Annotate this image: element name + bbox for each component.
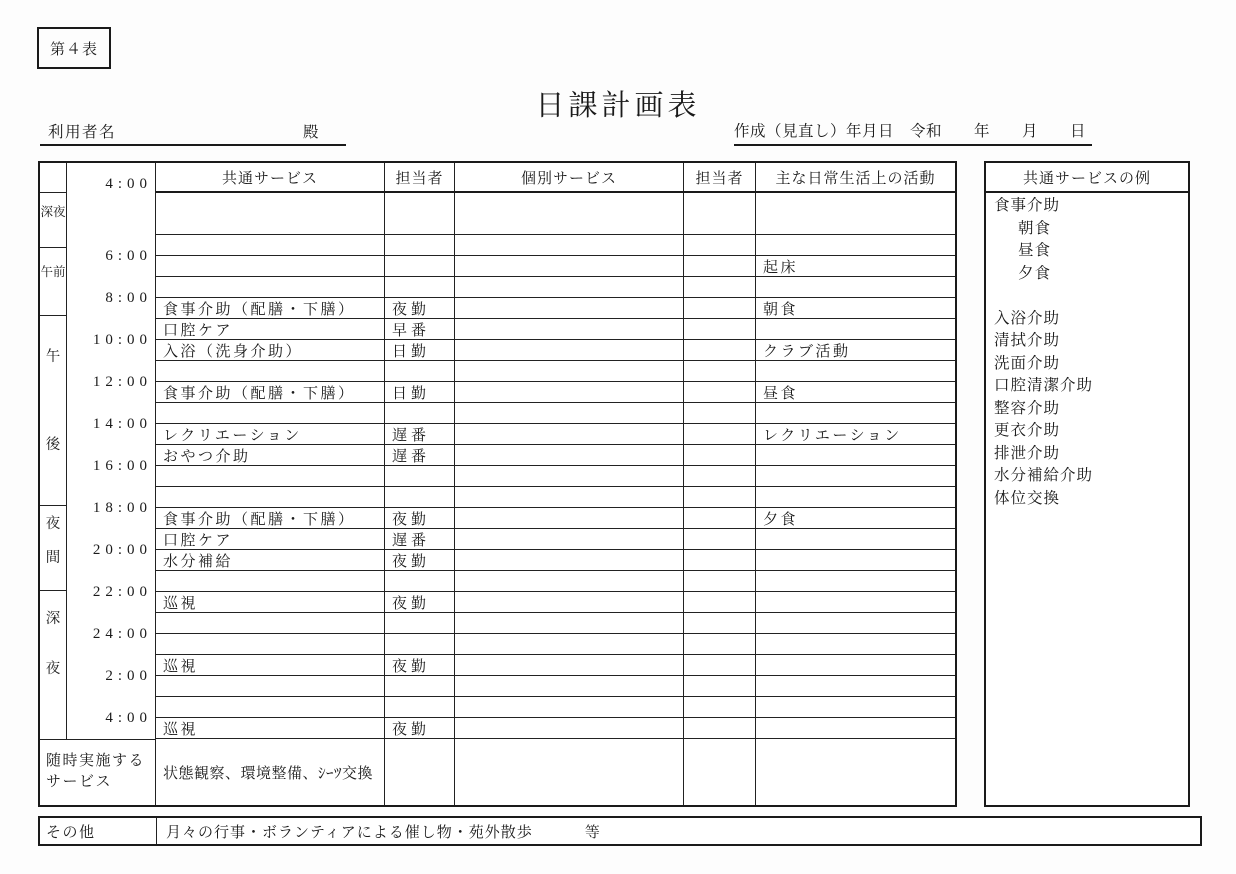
staff-cell-2: [684, 403, 756, 423]
individual-service-cell: [455, 277, 684, 297]
activity-cell: [756, 571, 955, 591]
individual-service-cell: [455, 256, 684, 276]
date-line: 作成（見直し）年月日 令和 年 月 日: [734, 119, 1092, 146]
schedule-row: 入浴（洗身介助）日勤クラブ活動: [156, 340, 955, 361]
staff-cell: [385, 676, 455, 696]
schedule-row: 水分補給夜勤: [156, 550, 955, 571]
example-item: 食事介助: [994, 195, 1188, 218]
schedule-grid: 共通サービス 担当者 個別サービス 担当者 主な日常生活上の活動 起床食事介助（…: [156, 163, 955, 805]
activity-cell: [756, 550, 955, 570]
example-item: 更衣介助: [994, 420, 1188, 443]
staff-cell-2: [684, 340, 756, 360]
anytime-activity-cell: [756, 739, 955, 805]
staff-cell: [385, 634, 455, 654]
period-label: 後: [40, 436, 66, 454]
individual-service-cell: [455, 361, 684, 381]
common-service-cell: [156, 193, 385, 234]
staff-cell-2: [684, 277, 756, 297]
activity-cell: [756, 487, 955, 507]
individual-service-cell: [455, 571, 684, 591]
period-label: 午: [40, 348, 66, 366]
activity-cell: レクリエーション: [756, 424, 955, 444]
period-separator: [40, 590, 66, 591]
staff-cell-2: [684, 718, 756, 738]
staff-cell-2: [684, 382, 756, 402]
activity-cell: [756, 613, 955, 633]
individual-service-cell: [455, 550, 684, 570]
staff-cell-2: [684, 319, 756, 339]
user-name-line: 利用者名 殿: [40, 122, 346, 146]
time-label: 14:00: [67, 415, 152, 434]
example-item: 整容介助: [994, 398, 1188, 421]
example-item: 夕食: [994, 263, 1188, 286]
staff-cell-2: [684, 487, 756, 507]
staff-cell: [385, 487, 455, 507]
staff-cell: 早番: [385, 319, 455, 339]
individual-service-cell: [455, 235, 684, 255]
individual-service-cell: [455, 319, 684, 339]
anytime-label-line2: サービス: [46, 772, 155, 793]
common-service-cell: [156, 676, 385, 696]
time-label: 4:00: [67, 175, 152, 194]
activity-cell: クラブ活動: [756, 340, 955, 360]
individual-service-cell: [455, 613, 684, 633]
individual-service-cell: [455, 676, 684, 696]
activity-cell: [756, 655, 955, 675]
staff-cell-2: [684, 445, 756, 465]
period-separator: [40, 505, 66, 506]
period-label: 夜: [40, 515, 66, 533]
common-service-cell: 水分補給: [156, 550, 385, 570]
individual-service-cell: [455, 697, 684, 717]
schedule-row: [156, 697, 955, 718]
individual-service-cell: [455, 193, 684, 234]
anytime-staff-cell: [385, 739, 455, 805]
period-separator: [40, 192, 66, 193]
schedule-row: [156, 235, 955, 256]
time-label: 24:00: [67, 625, 152, 644]
staff-cell: [385, 571, 455, 591]
common-service-cell: 口腔ケア: [156, 529, 385, 549]
time-label: 20:00: [67, 541, 152, 560]
schedule-row: レクリエーション遅番レクリエーション: [156, 424, 955, 445]
staff-cell: 夜勤: [385, 298, 455, 318]
common-service-cell: [156, 256, 385, 276]
time-column: 4:006:008:0010:0012:0014:0016:0018:0020:…: [67, 163, 156, 739]
other-row: その他 月々の行事・ボランティアによる催し物・苑外散歩 等: [38, 816, 1202, 846]
anytime-staff-cell-2: [684, 739, 756, 805]
schedule-row: 巡視夜勤: [156, 718, 955, 739]
user-name-suffix: 殿: [303, 120, 346, 142]
common-service-cell: [156, 235, 385, 255]
other-content: 月々の行事・ボランティアによる催し物・苑外散歩 等: [157, 818, 1200, 844]
individual-service-cell: [455, 487, 684, 507]
common-service-cell: 食事介助（配膳・下膳）: [156, 382, 385, 402]
user-name-label: 利用者名: [40, 120, 116, 142]
example-item: 朝食: [994, 218, 1188, 241]
common-service-cell: [156, 466, 385, 486]
schedule-row: 口腔ケア遅番: [156, 529, 955, 550]
schedule-row: [156, 634, 955, 655]
schedule-row: [156, 361, 955, 382]
schedule-row: [156, 613, 955, 634]
activity-cell: 起床: [756, 256, 955, 276]
individual-service-cell: [455, 445, 684, 465]
examples-list: 食事介助朝食昼食夕食 入浴介助清拭介助洗面介助口腔清潔介助整容介助更衣介助排泄介…: [986, 193, 1188, 510]
other-label: その他: [40, 818, 157, 844]
activity-cell: [756, 445, 955, 465]
example-item: 口腔清潔介助: [994, 375, 1188, 398]
anytime-service-row: 状態観察、環境整備、ｼｰﾂ交換: [156, 739, 955, 805]
header-daily-activity: 主な日常生活上の活動: [756, 163, 955, 191]
activity-cell: [756, 235, 955, 255]
staff-cell: [385, 235, 455, 255]
common-service-cell: [156, 403, 385, 423]
schedule-row: [156, 571, 955, 592]
common-service-cell: おやつ介助: [156, 445, 385, 465]
activity-cell: [756, 592, 955, 612]
staff-cell-2: [684, 424, 756, 444]
activity-cell: [756, 529, 955, 549]
staff-cell: [385, 193, 455, 234]
individual-service-cell: [455, 592, 684, 612]
staff-cell: [385, 361, 455, 381]
individual-service-cell: [455, 466, 684, 486]
staff-cell: [385, 403, 455, 423]
other-content-text: 月々の行事・ボランティアによる催し物・苑外散歩: [166, 821, 533, 842]
activity-cell: [756, 319, 955, 339]
anytime-service-cell: 状態観察、環境整備、ｼｰﾂ交換: [156, 739, 385, 805]
common-service-examples-box: 共通サービスの例 食事介助朝食昼食夕食 入浴介助清拭介助洗面介助口腔清潔介助整容…: [984, 161, 1190, 807]
example-item: 体位交換: [994, 488, 1188, 511]
example-item: 排泄介助: [994, 443, 1188, 466]
activity-cell: [756, 634, 955, 654]
common-service-cell: [156, 613, 385, 633]
activity-cell: 昼食: [756, 382, 955, 402]
period-label: 夜: [40, 660, 66, 678]
period-label: 深夜: [40, 203, 66, 221]
staff-cell-2: [684, 655, 756, 675]
staff-cell: [385, 256, 455, 276]
time-label: 12:00: [67, 373, 152, 392]
anytime-label-line1: 随時実施する: [46, 751, 155, 772]
staff-cell: 夜勤: [385, 550, 455, 570]
activity-cell: 夕食: [756, 508, 955, 528]
example-item: 洗面介助: [994, 353, 1188, 376]
activity-cell: 朝食: [756, 298, 955, 318]
form-number-box: 第４表: [37, 27, 111, 69]
staff-cell-2: [684, 634, 756, 654]
schedule-row: 食事介助（配膳・下膳）夜勤朝食: [156, 298, 955, 319]
staff-cell: 夜勤: [385, 592, 455, 612]
staff-cell: [385, 613, 455, 633]
staff-cell-2: [684, 508, 756, 528]
common-service-cell: [156, 361, 385, 381]
schedule-row: [156, 487, 955, 508]
staff-cell-2: [684, 298, 756, 318]
example-item: [994, 285, 1188, 308]
individual-service-cell: [455, 340, 684, 360]
period-separator: [40, 315, 66, 316]
common-service-cell: [156, 634, 385, 654]
individual-service-cell: [455, 718, 684, 738]
example-item: 清拭介助: [994, 330, 1188, 353]
schedule-row: [156, 676, 955, 697]
form-number: 第４表: [50, 38, 98, 59]
page-title: 日課計画表: [0, 83, 1236, 124]
examples-title: 共通サービスの例: [986, 163, 1188, 193]
common-service-cell: [156, 697, 385, 717]
staff-cell: [385, 277, 455, 297]
schedule-row: 食事介助（配膳・下膳）日勤昼食: [156, 382, 955, 403]
individual-service-cell: [455, 424, 684, 444]
staff-cell-2: [684, 697, 756, 717]
individual-service-cell: [455, 382, 684, 402]
time-label: 22:00: [67, 583, 152, 602]
anytime-individual-cell: [455, 739, 684, 805]
staff-cell: [385, 466, 455, 486]
common-service-cell: 巡視: [156, 718, 385, 738]
staff-cell: 遅番: [385, 424, 455, 444]
staff-cell: 夜勤: [385, 718, 455, 738]
schedule-row: 巡視夜勤: [156, 655, 955, 676]
individual-service-cell: [455, 508, 684, 528]
staff-cell-2: [684, 361, 756, 381]
schedule-row: [156, 403, 955, 424]
period-separator: [40, 247, 66, 248]
header-staff-1: 担当者: [385, 163, 455, 191]
activity-cell: [756, 466, 955, 486]
period-label: 間: [40, 549, 66, 567]
common-service-cell: 食事介助（配膳・下膳）: [156, 508, 385, 528]
activity-cell: [756, 697, 955, 717]
activity-cell: [756, 277, 955, 297]
header-common-service: 共通サービス: [156, 163, 385, 191]
schedule-row: 巡視夜勤: [156, 592, 955, 613]
time-label: 16:00: [67, 457, 152, 476]
staff-cell-2: [684, 550, 756, 570]
staff-cell-2: [684, 676, 756, 696]
staff-cell-2: [684, 235, 756, 255]
example-item: 昼食: [994, 240, 1188, 263]
individual-service-cell: [455, 529, 684, 549]
time-label: 2:00: [67, 667, 152, 686]
time-label: 8:00: [67, 289, 152, 308]
schedule-row: [156, 193, 955, 235]
staff-cell-2: [684, 571, 756, 591]
activity-cell: [756, 676, 955, 696]
header-individual-service: 個別サービス: [455, 163, 684, 191]
staff-cell: 日勤: [385, 382, 455, 402]
activity-cell: [756, 403, 955, 423]
activity-cell: [756, 193, 955, 234]
activity-cell: [756, 718, 955, 738]
staff-cell-2: [684, 256, 756, 276]
time-label: 6:00: [67, 247, 152, 266]
time-label: 10:00: [67, 331, 152, 350]
schedule-row: 食事介助（配膳・下膳）夜勤夕食: [156, 508, 955, 529]
time-label: 4:00: [67, 709, 152, 728]
individual-service-cell: [455, 634, 684, 654]
individual-service-cell: [455, 403, 684, 423]
staff-cell: 遅番: [385, 445, 455, 465]
staff-cell: 日勤: [385, 340, 455, 360]
schedule-row: [156, 277, 955, 298]
common-service-cell: 食事介助（配膳・下膳）: [156, 298, 385, 318]
common-service-cell: [156, 571, 385, 591]
header-staff-2: 担当者: [684, 163, 756, 191]
document-page: 第４表 日課計画表 利用者名 殿 作成（見直し）年月日 令和 年 月 日 深夜午…: [0, 0, 1236, 874]
staff-cell: 遅番: [385, 529, 455, 549]
staff-cell: 夜勤: [385, 655, 455, 675]
time-label: 18:00: [67, 499, 152, 518]
staff-cell-2: [684, 592, 756, 612]
period-label: 午前: [40, 263, 66, 281]
common-service-cell: 入浴（洗身介助）: [156, 340, 385, 360]
schedule-row: 起床: [156, 256, 955, 277]
example-item: 入浴介助: [994, 308, 1188, 331]
common-service-cell: レクリエーション: [156, 424, 385, 444]
table-header-row: 共通サービス 担当者 個別サービス 担当者 主な日常生活上の活動: [156, 163, 955, 193]
schedule-rows: 起床食事介助（配膳・下膳）夜勤朝食口腔ケア早番入浴（洗身介助）日勤クラブ活動食事…: [156, 193, 955, 739]
staff-cell-2: [684, 613, 756, 633]
staff-cell-2: [684, 466, 756, 486]
individual-service-cell: [455, 298, 684, 318]
common-service-cell: [156, 487, 385, 507]
common-service-cell: 口腔ケア: [156, 319, 385, 339]
common-service-cell: [156, 277, 385, 297]
example-item: 水分補給介助: [994, 465, 1188, 488]
anytime-service-label: 随時実施する サービス: [40, 739, 156, 805]
time-period-column: 深夜午前午後夜間深夜: [40, 163, 67, 739]
schedule-row: 口腔ケア早番: [156, 319, 955, 340]
schedule-row: [156, 466, 955, 487]
individual-service-cell: [455, 655, 684, 675]
schedule-row: おやつ介助遅番: [156, 445, 955, 466]
staff-cell-2: [684, 529, 756, 549]
other-content-suffix: 等: [585, 821, 601, 842]
staff-cell: [385, 697, 455, 717]
daily-schedule-table: 深夜午前午後夜間深夜 4:006:008:0010:0012:0014:0016…: [38, 161, 957, 807]
staff-cell-2: [684, 193, 756, 234]
period-label: 深: [40, 610, 66, 628]
common-service-cell: 巡視: [156, 592, 385, 612]
activity-cell: [756, 361, 955, 381]
common-service-cell: 巡視: [156, 655, 385, 675]
staff-cell: 夜勤: [385, 508, 455, 528]
